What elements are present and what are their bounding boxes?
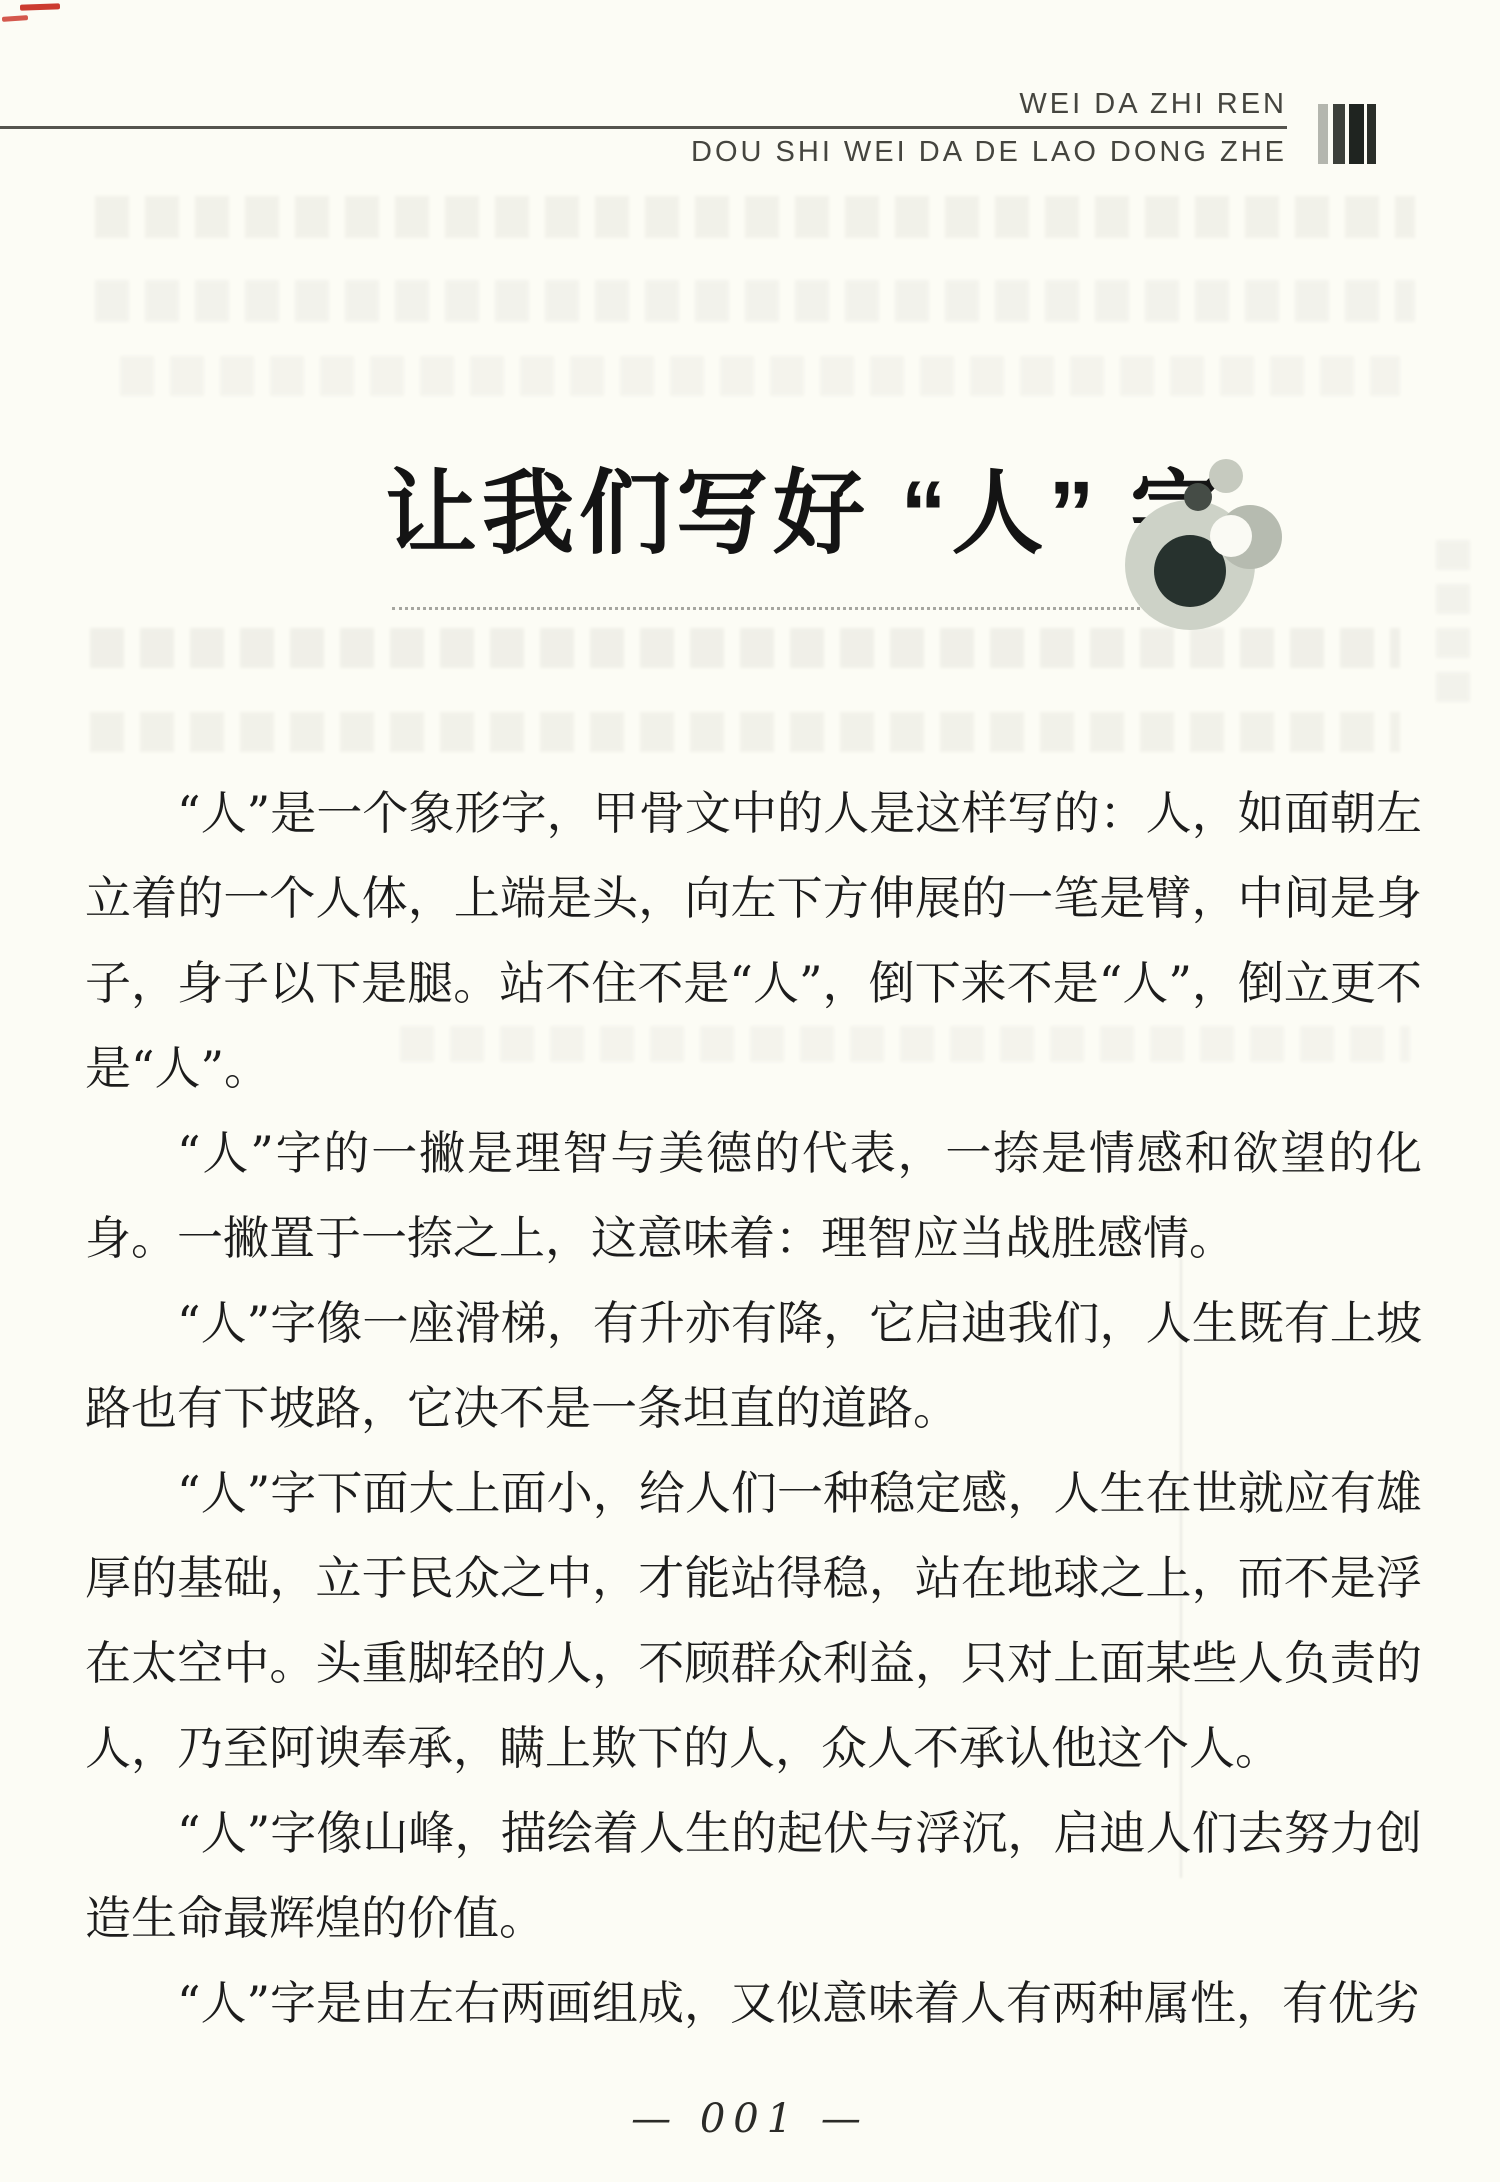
paragraph: “人”字像山峰，描绘着人生的起伏与浮沉，启迪人们去努力创造生命最辉煌的价值。 xyxy=(85,1791,1422,1961)
bleed-through-artifact xyxy=(95,196,1415,238)
body-text: “人”是一个象形字，甲骨文中的人是这样写的：人，如面朝左立着的一个人体，上端是头… xyxy=(85,771,1422,2046)
paragraph: “人”字像一座滑梯，有升亦有降，它启迪我们，人生既有上坡路也有下坡路，它决不是一… xyxy=(85,1281,1422,1451)
bleed-through-artifact xyxy=(120,356,1400,396)
header-divider xyxy=(0,126,1287,129)
circle-small-pale xyxy=(1209,459,1243,493)
bleed-through-artifact xyxy=(95,280,1415,322)
page-number: — 001 — xyxy=(631,2096,869,2142)
barcode-bar xyxy=(1349,104,1364,164)
page-footer: — 001 — xyxy=(0,2096,1500,2142)
circle-white xyxy=(1210,515,1252,557)
paragraph: “人”字是由左右两画组成，又似意味着人有两种属性，有优劣 xyxy=(85,1961,1422,2046)
circle-small-dark xyxy=(1184,483,1212,511)
bleed-through-artifact xyxy=(90,628,1400,668)
barcode-bar xyxy=(1333,104,1345,164)
header-pinyin-line1: WEI DA ZHI REN xyxy=(1019,88,1287,121)
dotted-rule xyxy=(392,607,1182,610)
red-pen-mark xyxy=(20,3,60,10)
bleed-through-artifact xyxy=(90,712,1400,752)
scanned-page: WEI DA ZHI REN DOU SHI WEI DA DE LAO DON… xyxy=(0,0,1500,2182)
chapter-title: 让我们写好 “人” 字 xyxy=(385,464,1227,564)
barcode-bar xyxy=(1318,104,1328,164)
barcode-bar xyxy=(1367,104,1376,164)
header-pinyin-line2: DOU SHI WEI DA DE LAO DONG ZHE xyxy=(691,136,1287,169)
paragraph: “人”是一个象形字，甲骨文中的人是这样写的：人，如面朝左立着的一个人体，上端是头… xyxy=(85,771,1422,1111)
bleed-through-artifact xyxy=(1436,540,1470,710)
barcode-icon xyxy=(1318,104,1376,164)
red-pen-mark xyxy=(2,15,28,22)
paragraph: “人”字下面大上面小，给人们一种稳定感，人生在世就应有雄厚的基础，立于民众之中，… xyxy=(85,1451,1422,1791)
paragraph: “人”字的一撇是理智与美德的代表，一捺是情感和欲望的化身。一撇置于一捺之上，这意… xyxy=(85,1111,1422,1281)
